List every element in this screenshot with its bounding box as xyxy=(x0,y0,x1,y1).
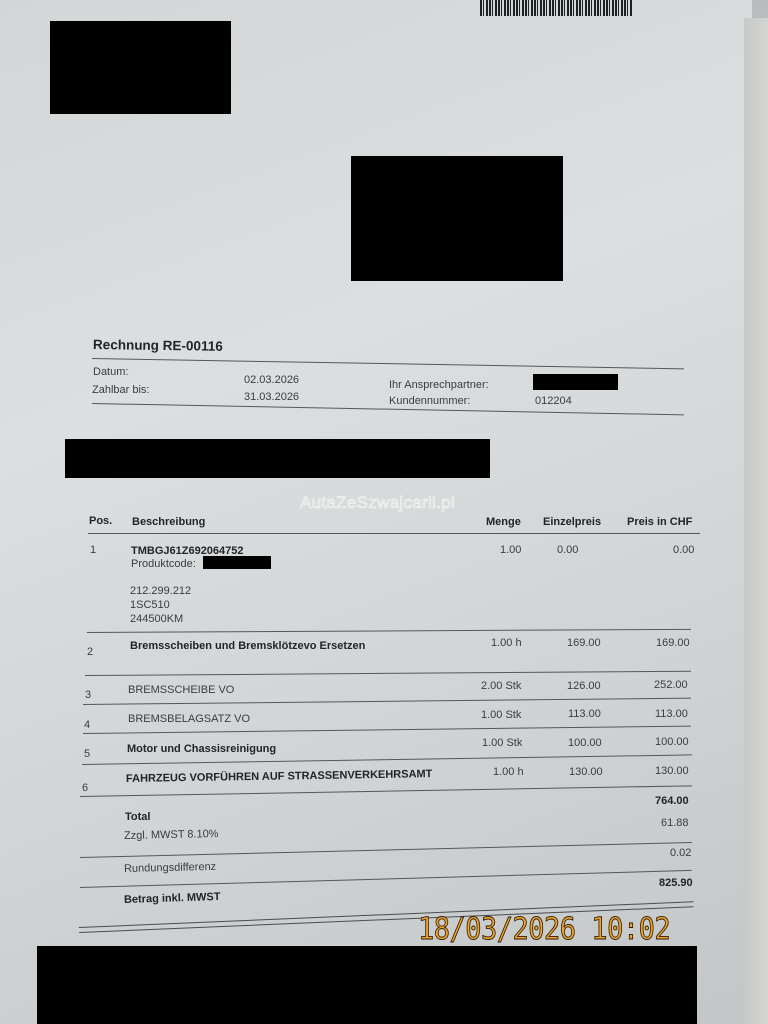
row-quantity: 1.00 h xyxy=(491,637,522,649)
row-total: 100.00 xyxy=(655,736,689,748)
row-extra-line: 1SC510 xyxy=(130,599,170,611)
camera-timestamp: 18/03/2026 10:02 xyxy=(418,912,670,947)
row-unit-price: 126.00 xyxy=(567,680,601,692)
row-pos: 4 xyxy=(84,719,90,731)
due-value: 31.03.2026 xyxy=(244,391,299,403)
row-extra-line: 212.299.212 xyxy=(130,585,191,597)
row-quantity: 1.00 Stk xyxy=(482,737,522,749)
row-description: BREMSBELAGSATZ VO xyxy=(128,713,250,725)
row-quantity: 1.00 h xyxy=(493,766,524,778)
redacted-logo xyxy=(50,21,231,114)
header-pos: Pos. xyxy=(89,515,112,527)
row-pos: 2 xyxy=(87,646,93,658)
row-pos: 5 xyxy=(84,748,90,760)
row-extra-line: 244500KM xyxy=(130,613,183,625)
row-total: 252.00 xyxy=(654,679,688,691)
header-unit-price: Einzelpreis xyxy=(543,516,601,528)
total-label: Total xyxy=(125,811,150,823)
product-code-label: Produktcode: xyxy=(131,558,196,570)
row-total: 113.00 xyxy=(655,708,688,720)
header-total: Preis in CHF xyxy=(627,516,692,528)
row-unit-price: 169.00 xyxy=(567,637,601,649)
due-label: Zahlbar bis: xyxy=(92,384,149,396)
header-description: Beschreibung xyxy=(132,516,205,528)
redacted-address xyxy=(351,156,563,281)
row-pos: 6 xyxy=(82,782,88,794)
barcode xyxy=(480,0,632,16)
redacted-recipient xyxy=(65,439,490,478)
row-total: 0.00 xyxy=(673,544,694,556)
row-quantity: 1.00 Stk xyxy=(481,709,521,721)
header-quantity: Menge xyxy=(486,516,521,528)
row-quantity: 2.00 Stk xyxy=(481,680,521,692)
grand-total-value: 825.90 xyxy=(659,877,693,889)
customer-number-label: Kundennummer: xyxy=(389,395,470,407)
row-description: Bremsscheiben und Bremsklötzevo Ersetzen xyxy=(130,640,365,652)
row-description: BREMSSCHEIBE VO xyxy=(128,684,234,696)
row-pos: 1 xyxy=(90,544,96,556)
row-unit-price: 113.00 xyxy=(568,708,601,720)
paper-edge xyxy=(744,18,768,1024)
total-value: 764.00 xyxy=(655,795,689,807)
row-total: 130.00 xyxy=(655,765,689,777)
row-pos: 3 xyxy=(85,689,91,701)
row-unit-price: 0.00 xyxy=(557,544,578,556)
redacted-contact xyxy=(533,374,618,390)
header-divider xyxy=(88,533,700,534)
redacted-footer xyxy=(37,946,697,1024)
row-unit-price: 130.00 xyxy=(569,766,603,778)
contact-label: Ihr Ansprechpartner: xyxy=(389,379,489,391)
date-label: Datum: xyxy=(93,366,128,378)
watermark: AutaZeSzwajcarii.pl xyxy=(300,493,455,513)
row-total: 169.00 xyxy=(656,637,690,649)
row-unit-price: 100.00 xyxy=(568,737,602,749)
row-quantity: 1.00 xyxy=(500,544,521,556)
vat-label: Zzgl. MWST 8.10% xyxy=(124,828,219,842)
redacted-product-code xyxy=(203,556,271,569)
date-value: 02.03.2026 xyxy=(244,374,299,386)
row-description: Motor und Chassisreinigung xyxy=(127,743,276,755)
customer-number-value: 012204 xyxy=(535,395,572,407)
rounding-value: 0.02 xyxy=(670,847,691,859)
rounding-label: Rundungsdifferenz xyxy=(124,861,216,875)
vat-value: 61.88 xyxy=(661,817,689,829)
invoice-title: Rechnung RE-00116 xyxy=(93,337,223,354)
